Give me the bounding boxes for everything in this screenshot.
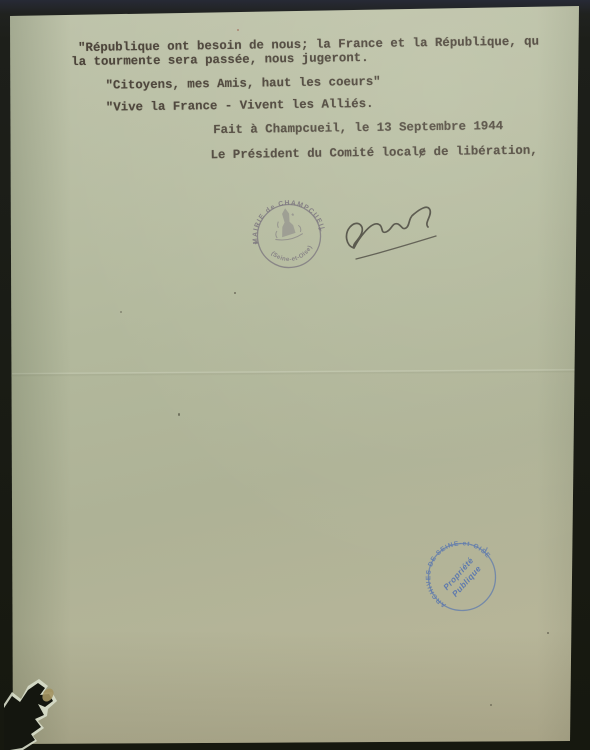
stamp-arc-bottom-text: (Seine-et-Oise): [269, 244, 316, 267]
paper-speck: [120, 311, 122, 313]
paper-tear: [4, 668, 84, 750]
typed-line-4: "Vive la France - Vivent les Alliés.: [106, 97, 374, 115]
stamp-emblem-tower: *: [270, 206, 303, 242]
stamp-emblem-star: *: [291, 213, 295, 220]
typed-line-3: "Citoyens, mes Amis, haut les coeurs": [105, 75, 380, 93]
typed-line-6-president: Le Président du Comité locale de libérat…: [210, 144, 537, 163]
typed-line-5-dateline: Fait à Champcueil, le 13 Septembre 1944: [213, 119, 503, 137]
mairie-champcueil-stamp: MAIRIE de CHAMPCUEIL (Seine-et-Oise) * *…: [245, 192, 333, 280]
paper-sheet: "République ont besoin de nous; la Franc…: [0, 0, 590, 750]
paper-speck: [237, 29, 239, 31]
typewritten-text-block: "République ont besoin de nous; la Franc…: [0, 0, 590, 750]
signature-underline: [356, 236, 436, 259]
typed-line-6-before: Le Président du Comité local: [210, 145, 418, 162]
signature: [340, 196, 450, 266]
paper-speck: [490, 704, 492, 706]
archives-seine-et-oise-stamp: ARCHIVES DE SEINE-et-OISE Propriété Publ…: [414, 529, 510, 625]
typed-line-6-after: de libération,: [426, 144, 538, 160]
paper-speck: [234, 292, 236, 294]
typed-line-6-struck-letter: e: [419, 145, 427, 159]
svg-text:(Seine-et-Oise): (Seine-et-Oise): [269, 244, 316, 267]
paper-speck: [547, 632, 549, 634]
paper-speck: [178, 413, 180, 416]
typed-line-2: la tourmente sera passée, nous jugeront.: [71, 51, 369, 69]
scan-backdrop: "République ont besoin de nous; la Franc…: [0, 0, 590, 750]
